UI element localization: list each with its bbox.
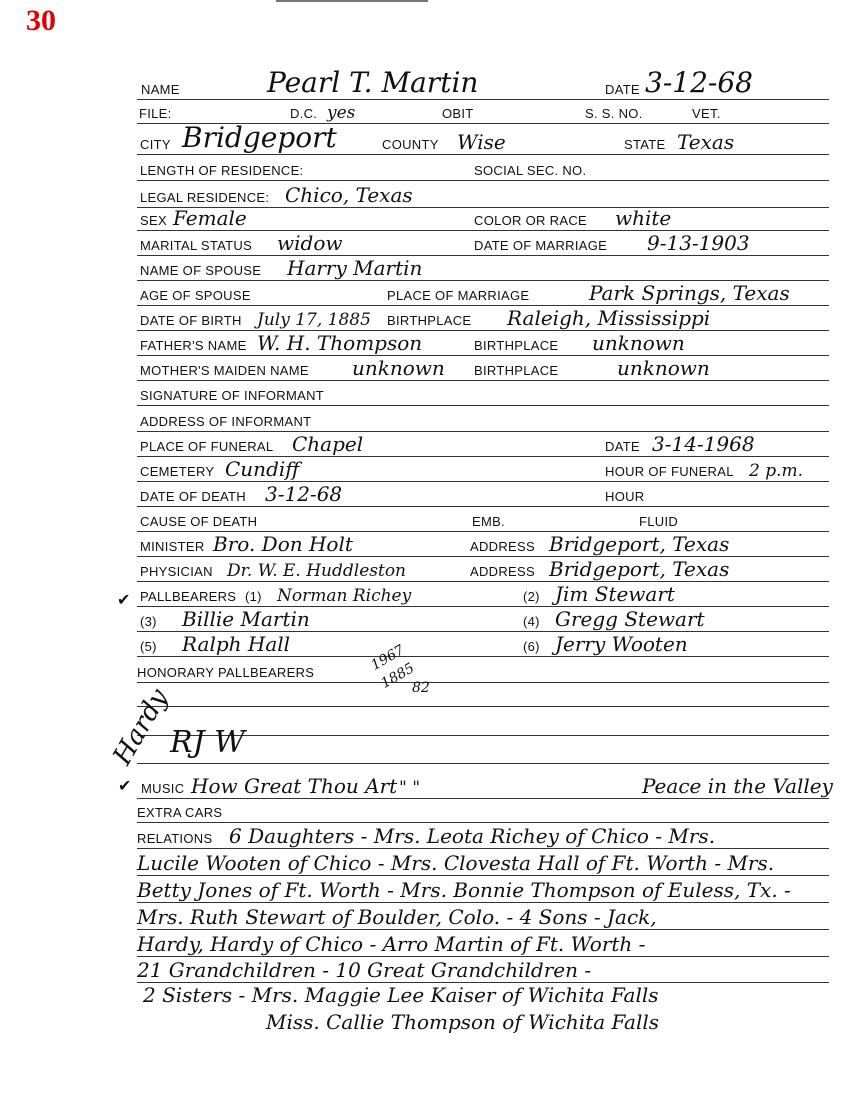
minister-row: MINISTER Bro. Don Holt ADDRESS Bridgepor… [137,536,829,557]
pallbearer-name: Jerry Wooten [555,632,688,656]
place-of-marriage-value: Park Springs, Texas [589,281,790,305]
dc-label: D.C. [290,106,317,121]
relations-text: 2 Sisters - Mrs. Maggie Lee Kaiser of Wi… [143,983,659,1007]
minister-label: MINISTER [140,539,205,554]
top-rule [276,0,428,2]
mother-name-value: unknown [352,356,445,380]
informant-address-row: ADDRESS OF INFORMANT [137,411,829,432]
date-of-death-value: 3-12-68 [265,482,342,506]
spouse-name-value: Harry Martin [287,256,422,280]
mother-name-label: MOTHER'S MAIDEN NAME [140,363,309,378]
relations-text: Lucile Wooten of Chico - Mrs. Clovesta H… [137,851,774,875]
city-row: CITY Bridgeport COUNTY Wise STATE Texas [137,132,829,155]
date-of-death-label: DATE OF DEATH [140,489,246,504]
name-value: Pearl T. Martin [267,66,478,99]
minister-value: Bro. Don Holt [213,532,353,556]
hour-of-funeral-value: 2 p.m. [749,461,803,481]
informant-address-label: ADDRESS OF INFORMANT [140,414,311,429]
spouse-age-row: AGE OF SPOUSE PLACE OF MARRIAGE Park Spr… [137,285,829,306]
relations-text: Mrs. Ruth Stewart of Boulder, Colo. - 4 … [137,905,657,929]
music-value: How Great Thou Art [191,774,397,798]
relations-text: 6 Daughters - Mrs. Leota Richey of Chico… [229,824,715,848]
marital-status-value: widow [277,231,342,255]
date-value: 3-12-68 [645,66,753,99]
state-value: Texas [677,130,734,154]
name-row: NAME Pearl T. Martin DATE 3-12-68 [137,77,829,100]
birthplace-value: Raleigh, Mississippi [507,306,710,330]
physician-address-value: Bridgeport, Texas [549,557,729,581]
father-row: FATHER'S NAME W. H. Thompson BIRTHPLACE … [137,335,829,356]
name-label: NAME [141,82,180,97]
mother-birthplace-label: BIRTHPLACE [474,363,558,378]
spouse-row: NAME OF SPOUSE Harry Martin [137,260,829,281]
pallbearer-name: Billie Martin [182,607,310,631]
honorary-pallbearers-label: HONORARY PALLBEARERS [137,665,314,680]
fluid-label: FLUID [639,514,678,529]
dc-value: yes [327,103,355,123]
file-label: FILE: [139,106,172,121]
relations-line: RELATIONS 6 Daughters - Mrs. Leota Riche… [137,824,829,849]
music-row: MUSIC How Great Thou Art " " Peace in th… [137,778,829,799]
marital-row: MARITAL STATUS widow DATE OF MARRIAGE 9-… [137,235,829,256]
marital-status-label: MARITAL STATUS [140,238,252,253]
music-value-2: Peace in the Valley [642,774,833,798]
spouse-age-label: AGE OF SPOUSE [140,288,251,303]
pallbearer-num: (6) [523,639,540,654]
relations-text: Betty Jones of Ft. Worth - Mrs. Bonnie T… [137,878,791,902]
pallbearer-name: Gregg Stewart [555,607,705,631]
county-value: Wise [457,130,506,154]
mother-row: MOTHER'S MAIDEN NAME unknown BIRTHPLACE … [137,360,829,381]
cemetery-label: CEMETERY [140,464,214,479]
color-race-label: COLOR OR RACE [474,213,587,228]
cause-row: CAUSE OF DEATH EMB. FLUID [137,511,829,532]
social-sec-label: SOCIAL SEC. NO. [474,163,586,178]
legal-residence-value: Chico, Texas [285,183,413,207]
date-of-birth-label: DATE OF BIRTH [140,313,242,328]
death-row: DATE OF DEATH 3-12-68 HOUR [137,486,829,507]
checkmark-icon: ✔ [118,776,131,796]
vet-label: VET. [692,106,721,121]
city-label: CITY [140,137,171,152]
relations-label: RELATIONS [137,831,212,846]
sex-value: Female [173,206,247,230]
music-ditto: " " [399,778,420,798]
place-of-marriage-label: PLACE OF MARRIAGE [387,288,529,303]
cause-of-death-label: CAUSE OF DEATH [140,514,257,529]
date-of-marriage-label: DATE OF MARRIAGE [474,238,607,253]
relations-text: Hardy, Hardy of Chico - Arro Martin of F… [137,932,645,956]
pallbearer-num: (2) [523,589,540,604]
physician-value: Dr. W. E. Huddleston [227,561,406,581]
physician-label: PHYSICIAN [140,564,213,579]
relations-line: Hardy, Hardy of Chico - Arro Martin of F… [137,932,829,957]
sex-row: SEX Female COLOR OR RACE white [137,210,829,231]
place-of-funeral-label: PLACE OF FUNERAL [140,439,273,454]
relations-line: Betty Jones of Ft. Worth - Mrs. Bonnie T… [137,878,829,903]
obit-label: OBIT [442,106,474,121]
hour-of-funeral-label: HOUR OF FUNERAL [605,464,734,479]
father-birthplace-label: BIRTHPLACE [474,338,558,353]
legal-residence-row: LEGAL RESIDENCE: Chico, Texas [137,185,829,208]
birth-row: DATE OF BIRTH July 17, 1885 BIRTHPLACE R… [137,310,829,331]
physician-row: PHYSICIAN Dr. W. E. Huddleston ADDRESS B… [137,561,829,582]
father-name-label: FATHER'S NAME [140,338,247,353]
blank-line [137,686,829,707]
minister-address-label: ADDRESS [470,539,535,554]
extra-cars-row: EXTRA CARS [137,802,829,823]
emb-label: EMB. [472,514,505,529]
pallbearer-num: (1) [245,589,262,604]
pallbearer-num: (4) [523,614,540,629]
pallbearer-name: Norman Richey [277,586,411,606]
city-value: Bridgeport [182,121,337,154]
pallbearers-label: PALLBEARERS [140,589,236,604]
pallbearers-row-1: PALLBEARERS (1) Norman Richey (2) Jim St… [137,586,829,607]
cemetery-value: Cundiff [225,457,299,481]
date-of-marriage-value: 9-13-1903 [647,231,750,255]
birthplace-label: BIRTHPLACE [387,313,471,328]
cemetery-row: CEMETERY Cundiff HOUR OF FUNERAL 2 p.m. [137,461,829,482]
county-label: COUNTY [382,137,439,152]
relations-line: 21 Grandchildren - 10 Great Grandchildre… [137,958,829,983]
father-name-value: W. H. Thompson [257,331,422,355]
minister-address-value: Bridgeport, Texas [549,532,729,556]
funeral-row: PLACE OF FUNERAL Chapel DATE 3-14-1968 [137,436,829,457]
pallbearer-num: (3) [140,614,157,629]
margin-note-initials: RJ W [170,725,245,760]
state-label: STATE [624,137,665,152]
date-label: DATE [605,82,640,97]
funeral-date-value: 3-14-1968 [652,432,755,456]
pallbearer-num: (5) [140,639,157,654]
relations-line: Lucile Wooten of Chico - Mrs. Clovesta H… [137,851,829,876]
length-of-residence-label: LENGTH OF RESIDENCE: [140,163,303,178]
funeral-date-label: DATE [605,439,640,454]
checkmark-icon: ✔ [117,590,130,610]
father-birthplace-value: unknown [592,331,685,355]
pallbearer-name: Ralph Hall [182,632,290,656]
place-of-funeral-value: Chapel [292,432,363,456]
pallbearers-row-3: (5) Ralph Hall (6) Jerry Wooten [137,636,829,657]
relations-line: Mrs. Ruth Stewart of Boulder, Colo. - 4 … [137,905,829,930]
hour-label: HOUR [605,489,644,504]
spouse-name-label: NAME OF SPOUSE [140,263,261,278]
date-of-birth-value: July 17, 1885 [257,310,371,330]
pallbearer-name: Jim Stewart [555,582,675,606]
margin-calc-result: 82 [412,680,430,696]
informant-sig-row: SIGNATURE OF INFORMANT [137,385,829,406]
residence-row: LENGTH OF RESIDENCE: SOCIAL SEC. NO. [137,160,829,181]
extra-cars-label: EXTRA CARS [137,805,222,820]
music-label: MUSIC [141,781,184,796]
relations-text: Miss. Callie Thompson of Wichita Falls [266,1010,659,1034]
color-race-value: white [615,206,671,230]
relations-text: 21 Grandchildren - 10 Great Grandchildre… [137,958,591,982]
informant-signature-label: SIGNATURE OF INFORMANT [140,388,324,403]
physician-address-label: ADDRESS [470,564,535,579]
pallbearers-row-2: (3) Billie Martin (4) Gregg Stewart [137,611,829,632]
page-number: 30 [26,4,56,38]
mother-birthplace-value: unknown [617,356,710,380]
sex-label: SEX [140,213,167,228]
honorary-pallbearers-row: HONORARY PALLBEARERS [137,662,829,683]
legal-residence-label: LEGAL RESIDENCE: [140,190,269,205]
ss-no-label: S. S. NO. [585,106,643,121]
